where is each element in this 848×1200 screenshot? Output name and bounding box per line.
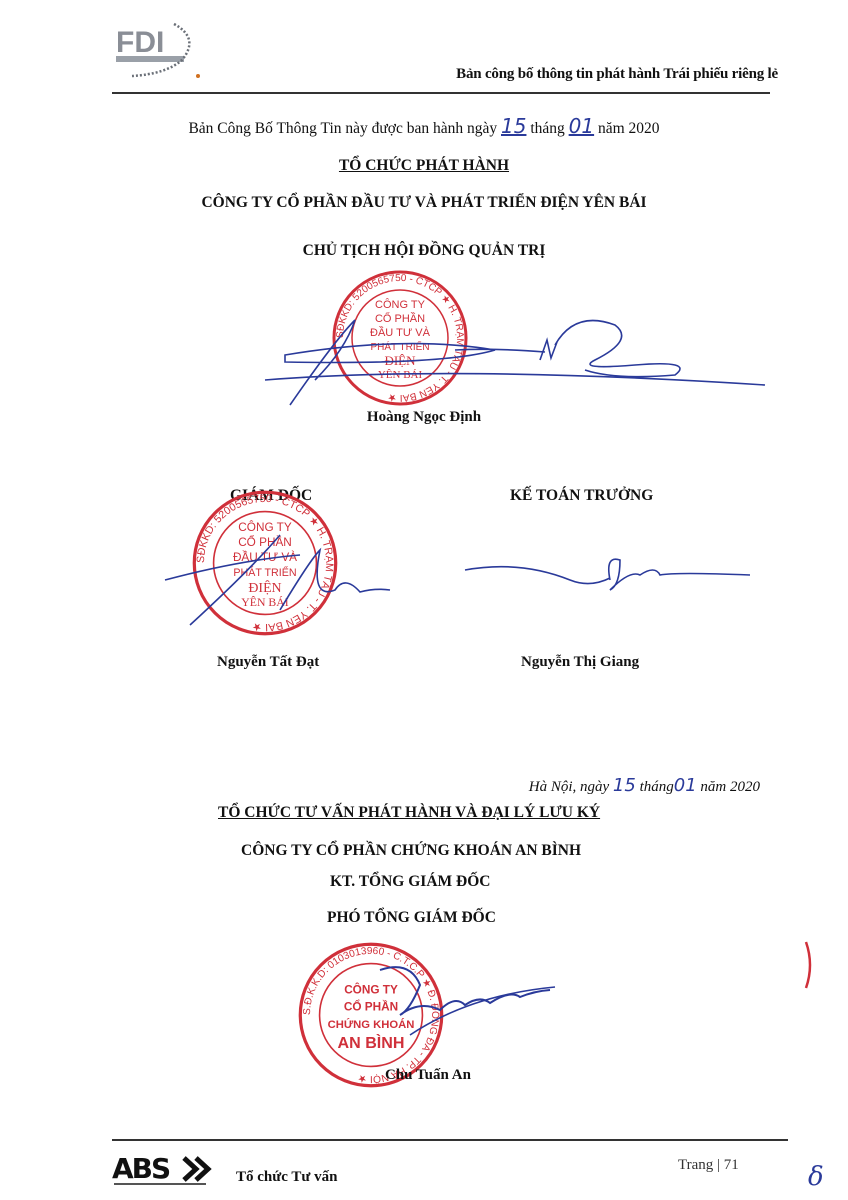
fdi-logo: FDI <box>112 18 202 80</box>
advisor-month-label: tháng <box>640 779 674 795</box>
svg-text:ABS: ABS <box>112 1152 170 1185</box>
handwritten-advisor-day: 15 <box>613 775 636 796</box>
year-label: năm 2020 <box>598 120 660 137</box>
advisor-signer-name: Chu Tuấn An <box>385 1067 471 1084</box>
director-signature <box>160 520 400 630</box>
handwritten-day: 15 <box>501 114 526 138</box>
advisor-date-prefix: Hà Nội, ngày <box>529 779 609 795</box>
advisor-date-line: Hà Nội, ngày 15 tháng01 năm 2020 <box>529 775 760 796</box>
issue-prefix: Bản Công Bố Thông Tin này được ban hành … <box>188 120 497 137</box>
document-header-title: Bản công bố thông tin phát hành Trái phi… <box>456 66 778 83</box>
handwritten-advisor-month: 01 <box>674 775 697 796</box>
advisor-company-name: CÔNG TY CỔ PHẦN CHỨNG KHOÁN AN BÌNH <box>241 842 581 860</box>
initial-mark: δ <box>808 1162 824 1192</box>
footer-divider <box>112 1139 788 1141</box>
page-number: Trang | 71 <box>678 1157 739 1174</box>
accountant-signature <box>460 550 760 600</box>
director-name: Nguyễn Tất Đạt <box>217 654 319 671</box>
advisor-year-label: năm 2020 <box>700 779 760 795</box>
chairman-name: Hoàng Ngọc Định <box>0 409 848 426</box>
chairman-title: CHỦ TỊCH HỘI ĐỒNG QUẢN TRỊ <box>0 242 848 260</box>
advisor-deputy-title: PHÓ TỔNG GIÁM ĐỐC <box>327 909 496 927</box>
chairman-signature <box>255 300 775 410</box>
header-divider <box>112 92 770 94</box>
accountant-title: KẾ TOÁN TRƯỞNG <box>510 487 653 505</box>
abs-logo: ABS <box>110 1152 220 1188</box>
advisor-signature <box>370 955 570 1045</box>
issuer-company-name: CÔNG TY CỔ PHẦN ĐẦU TƯ VÀ PHÁT TRIỂN ĐIỆ… <box>0 194 848 212</box>
advisor-kt-title: KT. TỔNG GIÁM ĐỐC <box>330 873 490 891</box>
footer-label: Tổ chức Tư vấn <box>236 1169 338 1186</box>
svg-text:FDI: FDI <box>116 26 164 59</box>
issue-statement: Bản Công Bố Thông Tin này được ban hành … <box>0 114 848 138</box>
margin-mark <box>800 940 820 990</box>
handwritten-month: 01 <box>569 114 594 138</box>
accountant-name: Nguyễn Thị Giang <box>521 654 639 671</box>
issuer-section-title: TỔ CHỨC PHÁT HÀNH <box>0 157 848 175</box>
advisor-section-title: TỔ CHỨC TƯ VẤN PHÁT HÀNH VÀ ĐẠI LÝ LƯU K… <box>218 804 600 822</box>
month-label: tháng <box>530 120 564 137</box>
